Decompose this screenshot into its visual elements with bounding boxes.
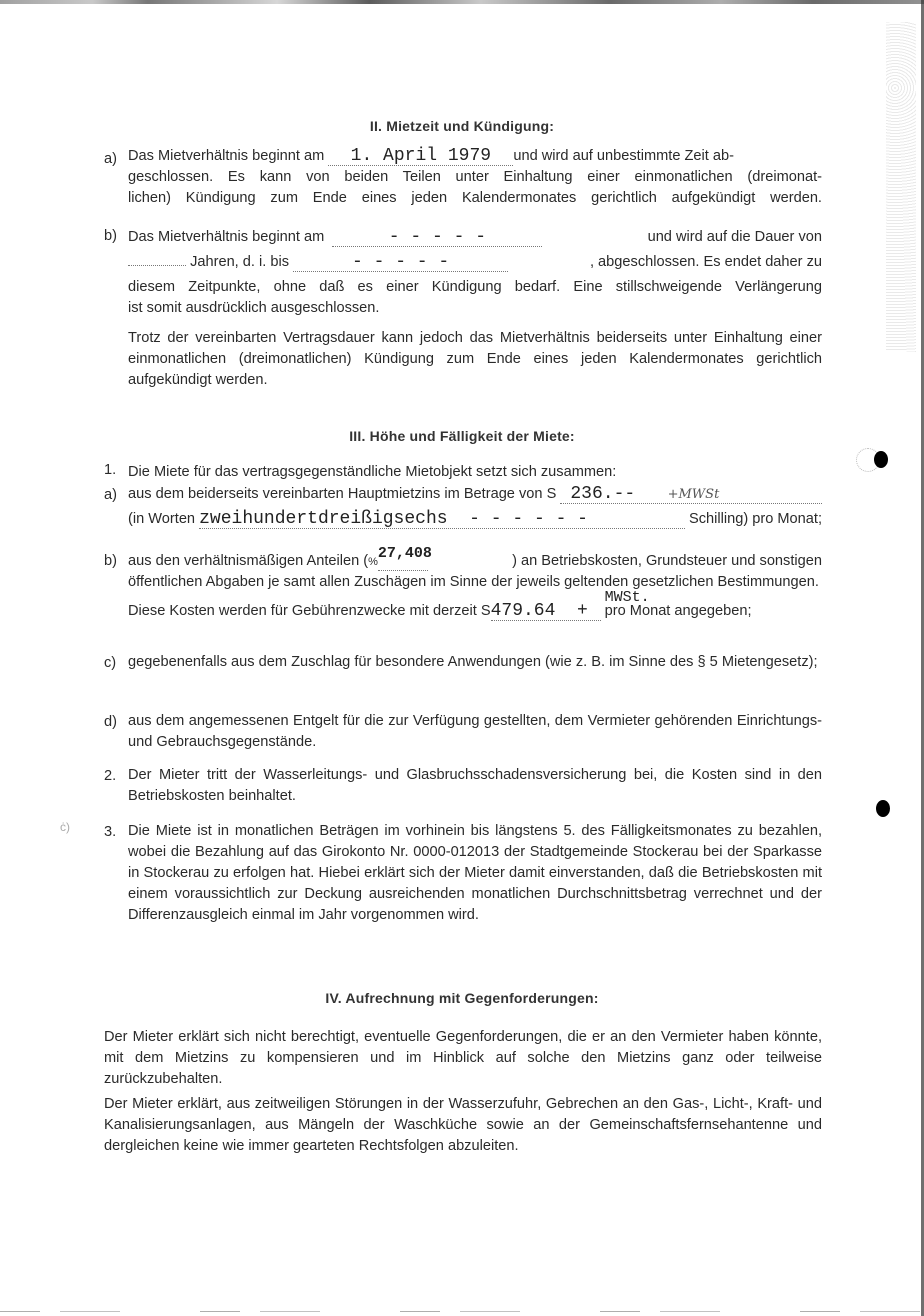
clause-text: ist somit ausdrücklich ausgeschlossen. bbox=[128, 298, 822, 319]
clause-text: aus dem beiderseits vereinbarten Hauptmi… bbox=[128, 484, 556, 505]
item-label-d: d) bbox=[104, 714, 117, 730]
item-label-a: a) bbox=[104, 151, 117, 167]
clause-iv-2: Der Mieter erklärt, aus zeitweiligen Stö… bbox=[104, 1094, 822, 1157]
clause-iii-1: Die Miete für das vertragsgegenständlich… bbox=[128, 462, 822, 483]
item-label-1: 1. bbox=[104, 462, 116, 478]
scanned-contract-page: ċ) II. Mietzeit und Kündigung: a) Das Mi… bbox=[0, 0, 924, 1316]
clause-text: und wird auf unbestimmte Zeit ab- bbox=[513, 146, 822, 167]
share-field[interactable]: 27,408 bbox=[378, 553, 428, 571]
cost-suffix: MWSt.pro Monat angegeben; bbox=[605, 601, 752, 622]
start-date-field[interactable]: 1. April 1979 bbox=[328, 148, 513, 166]
clause-text: Das Mietverhältnis beginnt am bbox=[128, 146, 324, 167]
item-label-2: 2. bbox=[104, 768, 116, 784]
scan-noise bbox=[886, 22, 916, 352]
clause-iii-3: Die Miete ist in monatlichen Beträgen im… bbox=[128, 821, 822, 926]
item-label-b: b) bbox=[104, 228, 117, 244]
section-heading-mietzeit: II. Mietzeit und Kündigung: bbox=[0, 118, 924, 134]
clause-iii-c: gegebenenfalls aus dem Zuschlag für beso… bbox=[128, 652, 822, 673]
clause-text: Schilling) pro Monat; bbox=[689, 509, 822, 530]
clause-text: diesem Zeitpunkte, ohne daß es einer Kün… bbox=[128, 277, 822, 298]
clause-text: (in Worten bbox=[128, 509, 195, 530]
clause-note: Trotz der vereinbarten Vertragsdauer kan… bbox=[128, 328, 822, 391]
rent-amount-field[interactable]: 236.-- +MWSt bbox=[560, 486, 822, 504]
section-heading-aufrechnung: IV. Aufrechnung mit Gegenforderungen: bbox=[0, 990, 924, 1006]
clause-text: Jahren, d. i. bis bbox=[190, 252, 289, 273]
handwritten-vat-note: +MWSt bbox=[668, 487, 720, 502]
item-label-3: 3. bbox=[104, 824, 116, 840]
rent-amount: 236.-- bbox=[570, 484, 635, 504]
end-date-field[interactable]: - - - - - bbox=[293, 254, 508, 272]
clause-text: lichen) Kündigung zum Ende eines jeden K… bbox=[128, 188, 822, 209]
clause-text: aus den verhältnismäßigen Anteilen ( bbox=[128, 551, 368, 572]
clause-text: öffentlichen Abgaben je samt allen Zusch… bbox=[128, 572, 822, 593]
vat-note: MWSt. bbox=[605, 589, 650, 606]
scan-top-edge bbox=[0, 0, 924, 4]
clause-text: ) an Betriebskosten, Grundsteuer und son… bbox=[428, 551, 822, 572]
clause-iv-1: Der Mieter erklärt sich nicht berechtigt… bbox=[104, 1027, 822, 1090]
percent-sign: % bbox=[368, 552, 378, 573]
section-heading-miete: III. Höhe und Fälligkeit der Miete: bbox=[0, 428, 924, 444]
scan-bottom-edge bbox=[0, 1311, 924, 1312]
clause-text: Diese Kosten werden für Gebührenzwecke m… bbox=[128, 601, 491, 622]
item-label-b: b) bbox=[104, 553, 117, 569]
clause-text: , abgeschlossen. Es endet daher zu bbox=[508, 252, 822, 273]
clause-text: geschlossen. Es kann von beiden Teilen u… bbox=[128, 167, 822, 188]
duration-years-field[interactable] bbox=[128, 265, 186, 266]
punch-hole-bottom bbox=[876, 800, 890, 817]
clause-iii-b: aus den verhältnismäßigen Anteilen (% 27… bbox=[128, 551, 822, 622]
rent-in-words-field[interactable]: zweihundertdreißigsechs - - - - - - bbox=[199, 511, 685, 529]
clause-ii-b: Das Mietverhältnis beginnt am - - - - - … bbox=[128, 227, 822, 391]
operating-cost-field[interactable]: 479.64 + bbox=[491, 603, 601, 621]
clause-iii-2: Der Mieter tritt der Wasserleitungs- und… bbox=[128, 765, 822, 807]
punch-hole-top bbox=[874, 451, 888, 468]
clause-ii-a: Das Mietverhältnis beginnt am 1. April 1… bbox=[128, 146, 822, 209]
item-label-a: a) bbox=[104, 487, 117, 503]
clause-iii-d: aus dem angemessenen Entgelt für die zur… bbox=[128, 711, 822, 753]
share-value: 27,408 bbox=[378, 545, 432, 562]
start-date-field[interactable]: - - - - - bbox=[332, 229, 542, 247]
clause-text: Das Mietverhältnis beginnt am bbox=[128, 227, 324, 248]
item-label-c: c) bbox=[104, 655, 116, 671]
clause-iii-a: aus dem beiderseits vereinbarten Hauptmi… bbox=[128, 484, 822, 534]
clause-text: und wird auf die Dauer von bbox=[542, 227, 822, 248]
margin-mark: ċ) bbox=[60, 820, 70, 834]
